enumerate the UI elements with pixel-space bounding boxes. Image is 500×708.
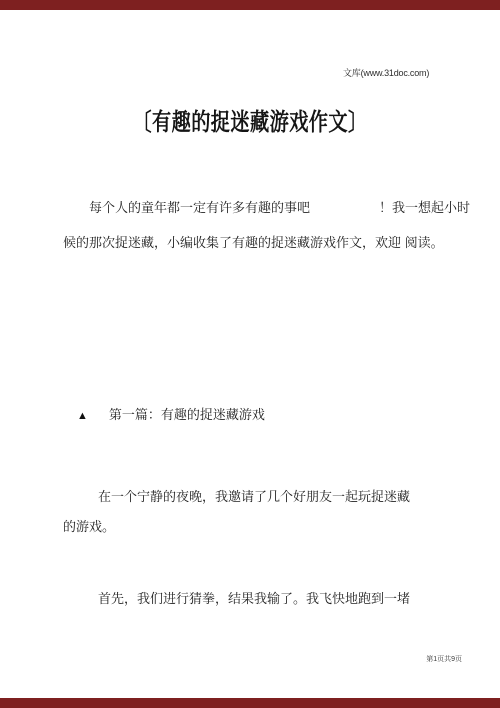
body-paragraph-2: 首先，我们进行猜拳，结果我输了。我飞快地跑到一堵 — [63, 590, 470, 608]
site-watermark: 文库(www.31doc.com) — [343, 66, 429, 79]
triangle-marker-icon: ▲ — [77, 410, 88, 422]
page-title: 〔有趣的捉迷藏游戏作文〕 — [0, 108, 500, 138]
top-border-bar — [0, 0, 500, 10]
document-page: 文库(www.31doc.com) 〔有趣的捉迷藏游戏作文〕 每个人的童年都一定… — [0, 0, 500, 708]
section-heading: ▲第一篇：有趣的捉迷藏游戏 — [77, 406, 265, 425]
section-heading-text: 第一篇：有趣的捉迷藏游戏 — [109, 407, 265, 422]
bottom-border-bar — [0, 698, 500, 708]
body-paragraph-1-line-2: 的游戏。 — [63, 512, 470, 542]
body-paragraph-1-line-1: 在一个宁静的夜晚，我邀请了几个好朋友一起玩捉迷藏 — [63, 482, 470, 512]
intro-line-1: 每个人的童年都一定有许多有趣的事吧 ！我一想起小时 — [63, 190, 470, 225]
intro-line-1-right: ！我一想起小时 — [379, 190, 470, 225]
page-number-indicator: 第1页共9页 — [426, 654, 462, 664]
intro-paragraph: 每个人的童年都一定有许多有趣的事吧 ！我一想起小时 候的那次捉迷藏，小编收集了有… — [63, 190, 470, 260]
intro-line-1-left: 每个人的童年都一定有许多有趣的事吧 — [89, 190, 310, 225]
body-paragraph-2-line-1: 首先，我们进行猜拳，结果我输了。我飞快地跑到一堵 — [63, 590, 470, 608]
intro-line-2: 候的那次捉迷藏，小编收集了有趣的捉迷藏游戏作文，欢迎 阅读。 — [63, 225, 470, 260]
page-title-text: 〔有趣的捉迷藏游戏作文〕 — [132, 108, 367, 138]
body-paragraph-1: 在一个宁静的夜晚，我邀请了几个好朋友一起玩捉迷藏 的游戏。 — [63, 482, 470, 542]
